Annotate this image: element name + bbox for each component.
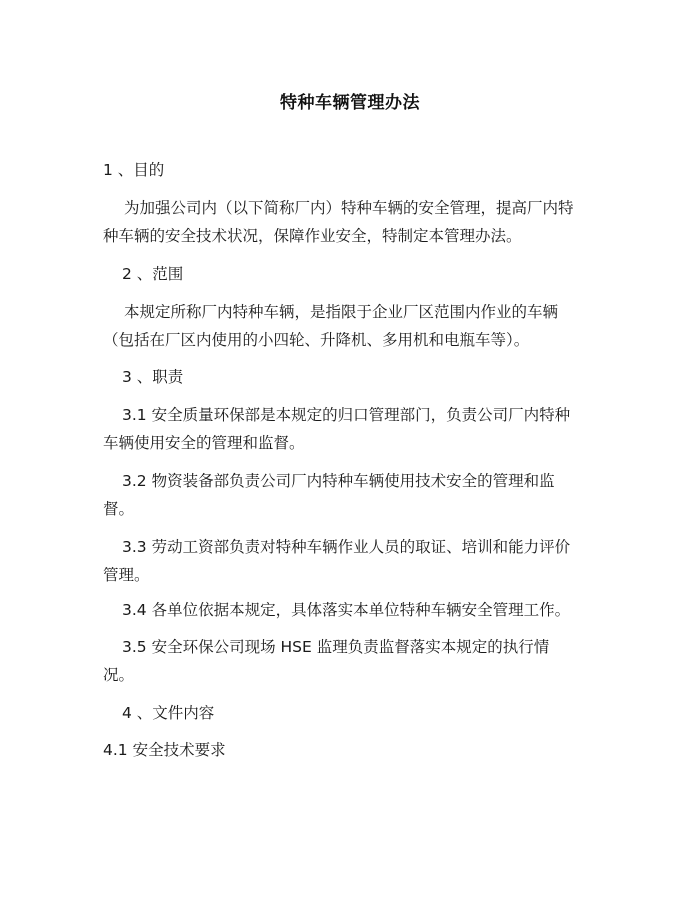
paragraph-line-3-2: 3.2 物资装备部负责公司厂内特种车辆使用技术安全的管理和监	[122, 471, 555, 491]
paragraph-line: （包括在厂区内使用的小四轮、升降机、多用机和电瓶车等）。	[103, 330, 529, 350]
paragraph-line-3-4: 3.4 各单位依据本规定，具体落实本单位特种车辆安全管理工作。	[122, 600, 570, 620]
section-heading-purpose: 1 、目的	[103, 160, 164, 180]
paragraph-line: 督。	[103, 499, 134, 519]
document-title: 特种车辆管理办法	[0, 88, 700, 113]
paragraph-line-3-1: 3.1 安全质量环保部是本规定的归口管理部门，负责公司厂内特种	[122, 405, 570, 425]
paragraph-line: 车辆使用安全的管理和监督。	[103, 433, 305, 453]
section-heading-scope: 2 、范围	[122, 264, 183, 284]
document-page: 特种车辆管理办法 1 、目的 为加强公司内（以下简称厂内）特种车辆的安全管理，提…	[0, 0, 700, 905]
paragraph-line: 况。	[103, 665, 134, 685]
paragraph-line: 管理。	[103, 565, 150, 585]
section-heading-content: 4 、文件内容	[122, 703, 214, 723]
paragraph-line: 为加强公司内（以下简称厂内）特种车辆的安全管理，提高厂内特	[124, 198, 574, 218]
paragraph-line-3-3: 3.3 劳动工资部负责对特种车辆作业人员的取证、培训和能力评价	[122, 537, 570, 557]
section-heading-responsibilities: 3 、职责	[122, 367, 183, 387]
paragraph-line-3-5: 3.5 安全环保公司现场 HSE 监理负责监督落实本规定的执行情	[122, 637, 549, 657]
subsection-heading-safety-tech: 4.1 安全技术要求	[103, 740, 226, 760]
paragraph-line: 本规定所称厂内特种车辆，是指限于企业厂区范围内作业的车辆	[124, 302, 558, 322]
paragraph-line: 种车辆的安全技术状况，保障作业安全，特制定本管理办法。	[103, 226, 522, 246]
